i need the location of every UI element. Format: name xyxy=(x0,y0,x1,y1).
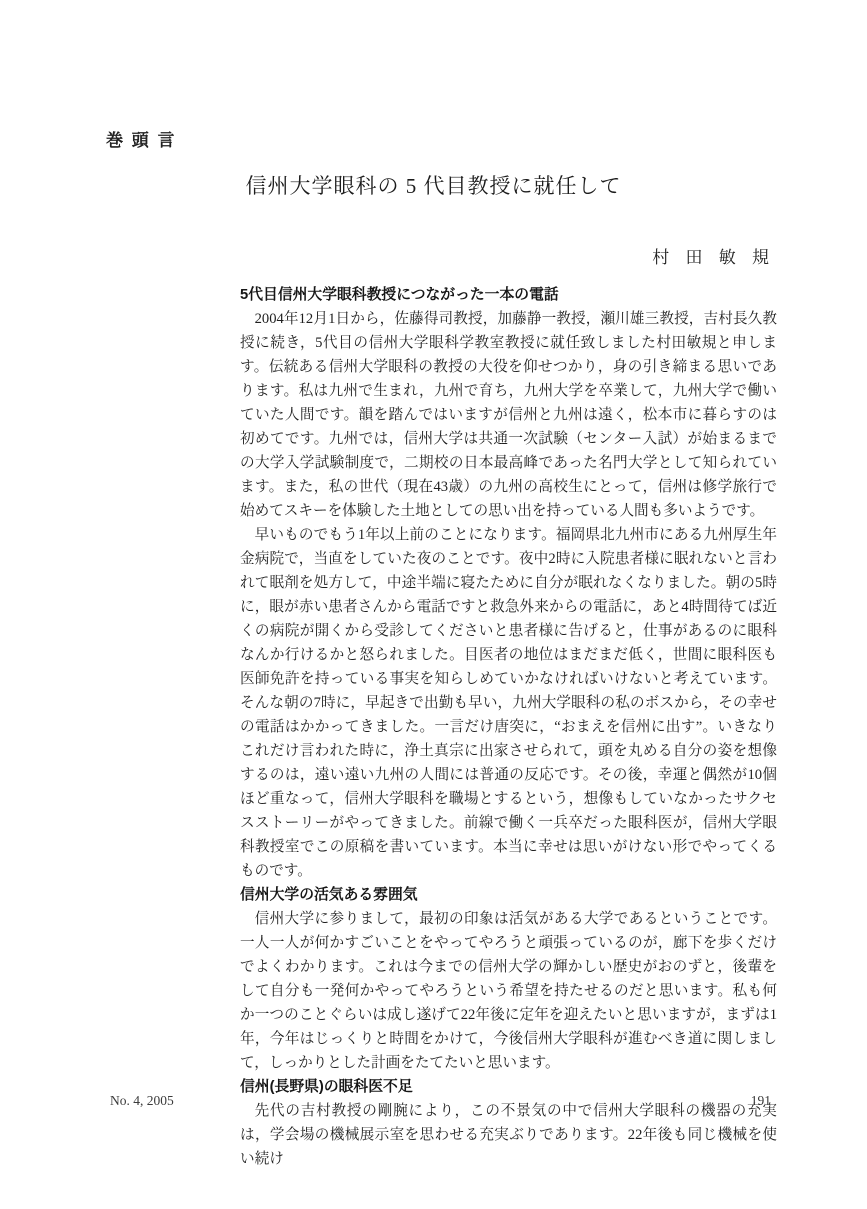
section-heading-1: 5代目信州大学眼科教授につながった一本の電話 xyxy=(240,283,777,307)
article-body: 5代目信州大学眼科教授につながった一本の電話 2004年12月1日から，佐藤得司… xyxy=(240,283,777,1171)
section-3-paragraph-1: 先代の吉村教授の剛腕により，この不景気の中で信州大学眼科の機器の充実は，学会場の… xyxy=(240,1099,777,1171)
document-page: 巻 頭 言 信州大学眼科の 5 代目教授に就任して 村 田 敏 規 5代目信州大… xyxy=(0,0,867,1209)
header-label: 巻 頭 言 xyxy=(106,126,176,151)
section-2-paragraph-1: 信州大学に参りまして，最初の印象は活気がある大学であるということです。一人一人が… xyxy=(240,907,777,1075)
section-1-paragraph-1: 2004年12月1日から，佐藤得司教授，加藤静一教授，瀬川雄三教授，吉村長久教授… xyxy=(240,307,777,523)
section-1-paragraph-2: 早いものでもう1年以上前のことになります。福岡県北九州市にある九州厚生年金病院で… xyxy=(240,523,777,883)
page-number: 191 xyxy=(751,1093,771,1109)
page-footer: No. 4, 2005 191 xyxy=(110,1093,771,1109)
author-name: 村 田 敏 規 xyxy=(652,243,775,268)
section-heading-2: 信州大学の活気ある雰囲気 xyxy=(240,883,777,907)
page-title: 信州大学眼科の 5 代目教授に就任して xyxy=(0,170,867,200)
journal-issue: No. 4, 2005 xyxy=(110,1093,174,1109)
